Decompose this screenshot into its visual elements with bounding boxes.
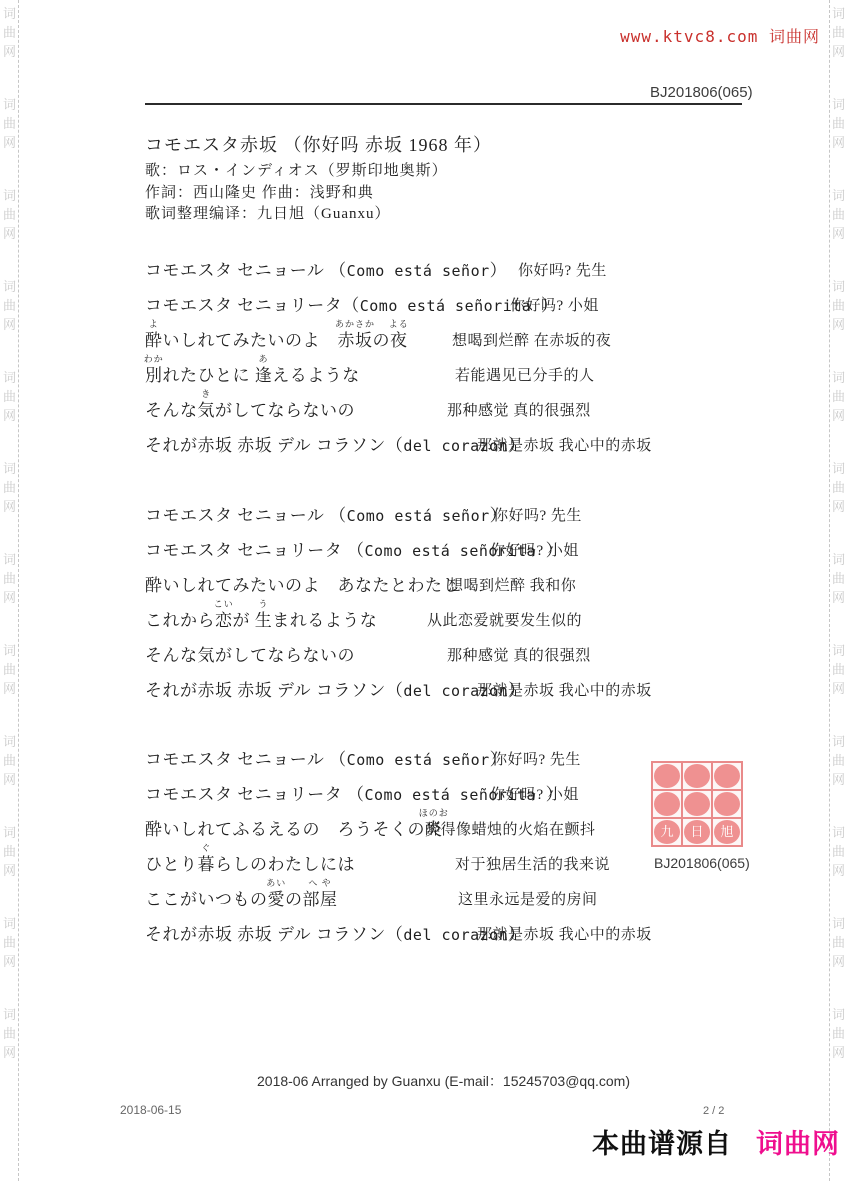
- watermark-char: 词: [1, 732, 18, 751]
- lyric-line: コモエスタ セニョリータ （Como está señorita ）你好吗? 小…: [145, 528, 805, 563]
- chinese-translation: 从此恋爱就要发生似的: [427, 609, 582, 630]
- watermark-char: 词: [1, 4, 18, 23]
- arranger-note: 2018-06 Arranged by Guanxu (E-mail：15245…: [145, 1071, 742, 1091]
- chinese-translation: 你好吗? 先生: [492, 748, 581, 769]
- seal-cell: 日: [683, 819, 711, 845]
- chinese-translation: 这里永远是爱的房间: [458, 888, 598, 909]
- watermark-group: 词曲网: [830, 732, 847, 789]
- watermark-char: 曲: [830, 660, 847, 679]
- chinese-translation: 那就是赤坂 我心中的赤坂: [477, 923, 652, 944]
- chinese-translation: 那种感觉 真的很强烈: [447, 399, 591, 420]
- watermark-char: 曲: [1, 1024, 18, 1043]
- seal-cell: [653, 791, 681, 817]
- watermark-char: 网: [830, 42, 847, 61]
- watermark-char: 网: [1, 679, 18, 698]
- watermark-char: 曲: [1, 296, 18, 315]
- watermark-char: 词: [1, 95, 18, 114]
- watermark-group: 词曲网: [1, 186, 18, 243]
- japanese-text: これから恋こいが 生うまれるような: [145, 606, 377, 631]
- watermark-char: 词: [1, 550, 18, 569]
- watermark-char: 词: [1, 823, 18, 842]
- japanese-text: ひとり暮ぐらしのわたしには: [145, 850, 355, 875]
- japanese-text: 酔よいしれてみたいのよ 赤坂あかさかの夜よる: [145, 326, 408, 351]
- document-page: 词曲网词曲网词曲网词曲网词曲网词曲网词曲网词曲网词曲网词曲网词曲网词曲网 词曲网…: [0, 0, 850, 1181]
- watermark-char: 曲: [830, 114, 847, 133]
- watermark-group: 词曲网: [830, 550, 847, 607]
- watermark-char: 网: [830, 224, 847, 243]
- japanese-text: そんな気きがしてならないの: [145, 396, 355, 421]
- document-code-header: BJ201806(065): [650, 84, 753, 101]
- watermark-char: 词: [1, 914, 18, 933]
- lyric-line: そんな気きがしてならないの那种感觉 真的很强烈: [145, 388, 805, 423]
- header-rule: [145, 103, 742, 105]
- seal-stamp: 九日旭: [651, 761, 743, 847]
- lyric-line: コモエスタ セニョール （Como está señor）你好吗? 先生: [145, 248, 805, 283]
- watermark-char: 曲: [830, 296, 847, 315]
- seal-cell: 九: [653, 819, 681, 845]
- watermark-group: 词曲网: [830, 4, 847, 61]
- watermark-group: 词曲网: [1, 914, 18, 971]
- watermark-char: 词: [830, 641, 847, 660]
- watermark-column-right: 词曲网词曲网词曲网词曲网词曲网词曲网词曲网词曲网词曲网词曲网词曲网词曲网: [829, 0, 847, 1181]
- watermark-char: 曲: [1, 205, 18, 224]
- chinese-translation: 想喝到烂醉 在赤坂的夜: [452, 329, 611, 350]
- watermark-char: 曲: [830, 387, 847, 406]
- watermark-char: 网: [830, 588, 847, 607]
- watermark-group: 词曲网: [830, 641, 847, 698]
- watermark-char: 网: [830, 497, 847, 516]
- furigana: あ: [258, 352, 268, 365]
- watermark-group: 词曲网: [830, 95, 847, 152]
- seal-character-circle: 日: [684, 820, 710, 844]
- japanese-text: コモエスタ セニョール （Como está señor）: [145, 501, 507, 526]
- watermark-group: 词曲网: [1, 550, 18, 607]
- chinese-translation: 你好吗? 先生: [518, 259, 607, 280]
- watermark-char: 词: [1, 368, 18, 387]
- credit-line: 歌词整理编译：九日旭（Guanxu）: [145, 204, 448, 226]
- watermark-char: 曲: [1, 114, 18, 133]
- watermark-char: 曲: [830, 751, 847, 770]
- seal-cell: [713, 763, 741, 789]
- watermark-char: 词: [830, 732, 847, 751]
- watermark-char: 曲: [830, 933, 847, 952]
- chinese-translation: 你好吗? 小姐: [490, 539, 579, 560]
- furigana: ぐ: [201, 841, 211, 854]
- watermark-char: 曲: [830, 205, 847, 224]
- seal-cell: 旭: [713, 819, 741, 845]
- watermark-char: 网: [1, 42, 18, 61]
- watermark-char: 词: [830, 4, 847, 23]
- chinese-translation: 你好吗? 先生: [493, 504, 582, 525]
- watermark-char: 曲: [1, 387, 18, 406]
- seal-circle: [714, 764, 740, 788]
- watermark-group: 词曲网: [1, 1005, 18, 1062]
- watermark-char: 词: [830, 368, 847, 387]
- footer-date: 2018-06-15: [120, 1103, 181, 1117]
- watermark-char: 词: [1, 1005, 18, 1024]
- seal-circle: [654, 764, 680, 788]
- lyric-line: ここがいつもの愛あいの部屋へ や这里永远是爱的房间: [145, 877, 805, 912]
- watermark-char: 词: [830, 550, 847, 569]
- lyric-line: コモエスタ セニョリータ（Como está señorita ）你好吗? 小姐: [145, 283, 805, 318]
- watermark-group: 词曲网: [1, 732, 18, 789]
- watermark-char: 网: [1, 497, 18, 516]
- watermark-group: 词曲网: [1, 368, 18, 425]
- watermark-char: 词: [1, 641, 18, 660]
- watermark-char: 词: [830, 914, 847, 933]
- watermark-char: 网: [830, 770, 847, 789]
- watermark-group: 词曲网: [1, 823, 18, 880]
- furigana: あかさか: [335, 317, 375, 330]
- watermark-char: 网: [1, 861, 18, 880]
- song-title: コモエスタ赤坂 （你好吗 赤坂 1968 年）: [145, 131, 492, 157]
- verse-1: コモエスタ セニョール （Como está señor）你好吗? 先生コモエス…: [145, 248, 805, 458]
- watermark-group: 词曲网: [1, 641, 18, 698]
- page-number: 2 / 2: [703, 1105, 724, 1117]
- watermark-group: 词曲网: [1, 95, 18, 152]
- lyric-line: それが赤坂 赤坂 デル コラソン（del corazon）那就是赤坂 我心中的赤…: [145, 912, 805, 947]
- watermark-char: 网: [830, 406, 847, 425]
- credits: 歌：ロス・インディオス（罗斯印地奥斯）作詞：西山隆史 作曲：浅野和典歌词整理编译…: [145, 161, 448, 226]
- bottom-logo-brand-text: 词曲网: [756, 1129, 840, 1159]
- credit-line: 歌：ロス・インディオス（罗斯印地奥斯）: [145, 161, 448, 183]
- seal-cell: [713, 791, 741, 817]
- watermark-char: 曲: [830, 569, 847, 588]
- watermark-char: 网: [830, 861, 847, 880]
- chinese-translation: 那就是赤坂 我心中的赤坂: [477, 434, 652, 455]
- furigana: わか: [144, 352, 164, 365]
- seal-code: BJ201806(065): [654, 855, 750, 871]
- furigana: あい: [266, 876, 286, 889]
- watermark-char: 词: [1, 186, 18, 205]
- furigana: へ や: [308, 876, 331, 889]
- watermark-char: 网: [1, 770, 18, 789]
- watermark-char: 词: [830, 459, 847, 478]
- japanese-text: それが赤坂 赤坂 デル コラソン（del corazon）: [145, 431, 526, 456]
- seal-character-circle: 九: [654, 820, 680, 844]
- watermark-char: 曲: [830, 842, 847, 861]
- watermark-column-left: 词曲网词曲网词曲网词曲网词曲网词曲网词曲网词曲网词曲网词曲网词曲网词曲网: [1, 0, 19, 1181]
- japanese-text: 酔いしれてふるえるの ろうそくの炎ほのお: [145, 815, 443, 840]
- lyric-line: 酔いしれてみたいのよ あなたとわたし想喝到烂醉 我和你: [145, 563, 805, 598]
- watermark-char: 网: [1, 406, 18, 425]
- site-watermark-text: www.ktvc8.com 词曲网: [620, 24, 820, 47]
- verse-2: コモエスタ セニョール （Como está señor）你好吗? 先生コモエス…: [145, 493, 805, 703]
- bottom-logo: 本曲谱源自词曲网: [592, 1122, 840, 1161]
- seal-circle: [684, 792, 710, 816]
- watermark-char: 曲: [830, 1024, 847, 1043]
- watermark-group: 词曲网: [830, 1005, 847, 1062]
- watermark-char: 网: [830, 133, 847, 152]
- japanese-text: 別わかれたひとに 逢あえるような: [145, 361, 360, 386]
- watermark-char: 曲: [1, 660, 18, 679]
- watermark-char: 网: [1, 588, 18, 607]
- watermark-group: 词曲网: [1, 277, 18, 334]
- seal-circle: [714, 792, 740, 816]
- watermark-char: 词: [830, 95, 847, 114]
- chinese-translation: 那种感觉 真的很强烈: [447, 644, 591, 665]
- watermark-group: 词曲网: [830, 186, 847, 243]
- watermark-group: 词曲网: [830, 823, 847, 880]
- watermark-char: 曲: [1, 751, 18, 770]
- credit-line: 作詞：西山隆史 作曲：浅野和典: [145, 183, 448, 205]
- watermark-char: 词: [1, 277, 18, 296]
- seal-cell: [653, 763, 681, 789]
- lyric-line: 別わかれたひとに 逢あえるような若能遇见已分手的人: [145, 353, 805, 388]
- furigana: よ: [149, 317, 159, 330]
- japanese-text: コモエスタ セニョール （Como está señor）: [145, 256, 507, 281]
- watermark-char: 网: [1, 133, 18, 152]
- lyric-line: そんな気がしてならないの那种感觉 真的很强烈: [145, 633, 805, 668]
- watermark-char: 网: [830, 1043, 847, 1062]
- watermark-char: 词: [830, 823, 847, 842]
- watermark-char: 网: [1, 315, 18, 334]
- furigana: こい: [214, 597, 234, 610]
- watermark-group: 词曲网: [830, 914, 847, 971]
- lyric-line: それが赤坂 赤坂 デル コラソン（del corazon）那就是赤坂 我心中的赤…: [145, 423, 805, 458]
- bottom-logo-source-text: 本曲谱源自: [592, 1129, 732, 1159]
- seal-character-circle: 旭: [714, 820, 740, 844]
- japanese-text: コモエスタ セニョール （Como está señor）: [145, 745, 507, 770]
- lyric-line: コモエスタ セニョール （Como está señor）你好吗? 先生: [145, 493, 805, 528]
- watermark-group: 词曲网: [830, 277, 847, 334]
- watermark-char: 网: [1, 224, 18, 243]
- chinese-translation: 若能遇见已分手的人: [455, 364, 595, 385]
- japanese-text: 酔いしれてみたいのよ あなたとわたし: [145, 571, 460, 596]
- seal-circle: [654, 792, 680, 816]
- furigana: よる: [389, 317, 409, 330]
- japanese-text: ここがいつもの愛あいの部屋へ や: [145, 885, 338, 910]
- watermark-char: 网: [830, 679, 847, 698]
- watermark-char: 曲: [1, 478, 18, 497]
- chinese-translation: 你好吗? 小姐: [490, 783, 579, 804]
- japanese-text: それが赤坂 赤坂 デル コラソン（del corazon）: [145, 676, 526, 701]
- furigana: き: [201, 387, 211, 400]
- seal-circle: [684, 764, 710, 788]
- furigana: う: [258, 597, 268, 610]
- lyric-line: これから恋こいが 生うまれるような从此恋爱就要发生似的: [145, 598, 805, 633]
- chinese-translation: 对于独居生活的我来说: [455, 853, 610, 874]
- japanese-text: コモエスタ セニョリータ（Como está señorita ）: [145, 291, 558, 316]
- seal-cell: [683, 763, 711, 789]
- watermark-char: 词: [830, 277, 847, 296]
- watermark-group: 词曲网: [1, 4, 18, 61]
- watermark-char: 曲: [1, 842, 18, 861]
- watermark-char: 网: [830, 952, 847, 971]
- watermark-group: 词曲网: [1, 459, 18, 516]
- chinese-translation: 你好吗? 小姐: [510, 294, 599, 315]
- lyric-line: それが赤坂 赤坂 デル コラソン（del corazon）那就是赤坂 我心中的赤…: [145, 668, 805, 703]
- watermark-char: 网: [830, 315, 847, 334]
- japanese-text: それが赤坂 赤坂 デル コラソン（del corazon）: [145, 920, 526, 945]
- watermark-char: 网: [1, 952, 18, 971]
- watermark-char: 曲: [1, 569, 18, 588]
- watermark-group: 词曲网: [830, 459, 847, 516]
- chinese-translation: 醉得像蜡烛的火焰在颤抖: [425, 818, 596, 839]
- watermark-char: 网: [1, 1043, 18, 1062]
- watermark-char: 词: [830, 186, 847, 205]
- watermark-char: 词: [830, 1005, 847, 1024]
- watermark-char: 词: [1, 459, 18, 478]
- watermark-char: 曲: [1, 933, 18, 952]
- chinese-translation: 那就是赤坂 我心中的赤坂: [477, 679, 652, 700]
- watermark-char: 曲: [830, 23, 847, 42]
- watermark-char: 曲: [830, 478, 847, 497]
- lyric-line: 酔よいしれてみたいのよ 赤坂あかさかの夜よる想喝到烂醉 在赤坂的夜: [145, 318, 805, 353]
- seal-cell: [683, 791, 711, 817]
- chinese-translation: 想喝到烂醉 我和你: [448, 574, 576, 595]
- watermark-char: 曲: [1, 23, 18, 42]
- japanese-text: そんな気がしてならないの: [145, 641, 355, 666]
- watermark-group: 词曲网: [830, 368, 847, 425]
